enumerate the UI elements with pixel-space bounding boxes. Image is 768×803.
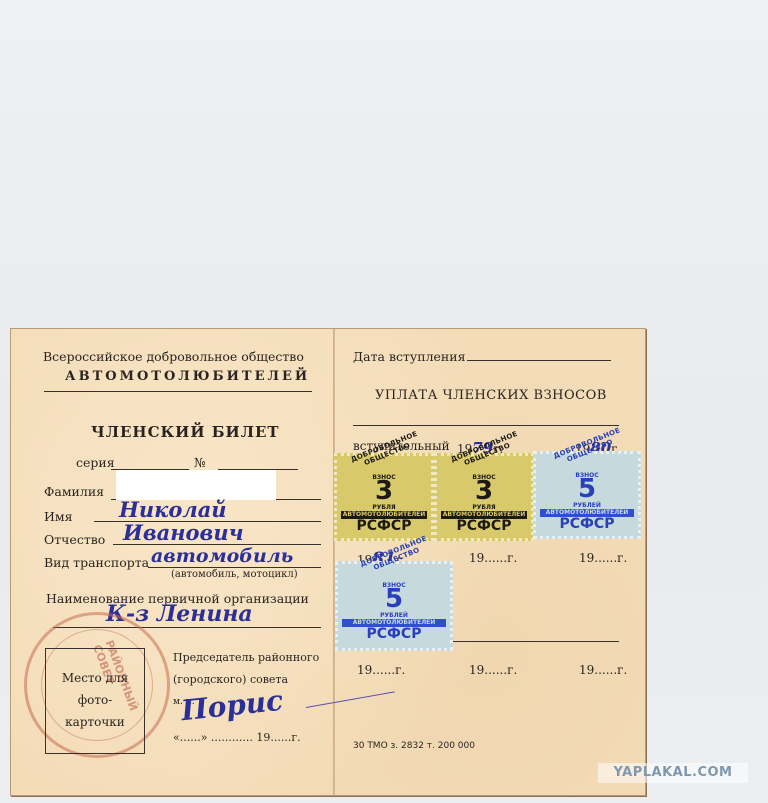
name-value: Николай [119,497,227,522]
sign-date: «......» ............ 19......г. [173,731,301,744]
card-title: ЧЛЕНСКИЙ БИЛЕТ [91,423,280,441]
redacted-surname [116,470,276,500]
stamp-amount: 3 [437,478,531,504]
watermark: YAPLAKAL.COM [598,763,748,783]
stamp-currency: РУБЛЕЙ [536,502,638,509]
stamp-region: РСФСР [536,516,638,532]
stamp-region: РСФСР [437,518,531,534]
stamp-amount: 5 [536,476,638,502]
stamp-currency: РУБЛЕЙ [338,612,450,619]
photo-text-line1: Место для [46,671,144,685]
year-blank: 19......г. [579,551,627,565]
transport-hint: (автомобиль, мотоцикл) [171,569,298,580]
year-blank: 19......г. [469,663,517,677]
dues-stamp-5-rub: ДОБРОВОЛЬНОЕ ОБЩЕСТВО ВЗНОС 5 РУБЛЕЙ АВТ… [533,451,641,539]
photo-placeholder: Место для фото- карточки [45,648,145,754]
org-line1: Всероссийское добровольное общество [43,349,304,364]
dues-stamp-5-rub: ДОБРОВОЛЬНОЕ ОБЩЕСТВО ВЗНОС 5 РУБЛЕЙ АВТ… [335,561,453,651]
header-rule [44,391,312,392]
stamp-currency: РУБЛЯ [437,504,531,511]
stamp-region: РСФСР [338,626,450,642]
patronymic-value: Иванович [123,520,244,545]
stamp-currency: РУБЛЯ [337,504,431,511]
stamp-region: РСФСР [337,518,431,534]
transport-value: автомобиль [151,545,293,567]
dues-stamp-3-rub: ДОБРОВОЛЬНОЕ ОБЩЕСТВО ВЗНОС 3 РУБЛЯ АВТО… [434,453,534,541]
name-label: Имя [44,509,73,524]
number-label: № [194,455,206,470]
dues-stamp-3-rub: ДОБРОВОЛЬНОЕ ОБЩЕСТВО ВЗНОС 3 РУБЛЯ АВТО… [334,453,434,541]
year-blank: 19......г. [357,663,405,677]
stamp-amount: 3 [337,478,431,504]
photo-text-line3: карточки [46,715,144,729]
chairman-line1: Председатель районного [173,651,319,664]
dues-title: УПЛАТА ЧЛЕНСКИХ ВЗНОСОВ [375,388,607,403]
org-line2: АВТОМОТОЛЮБИТЕЛЕЙ [65,369,310,384]
chairman-signature: Порис [180,684,285,727]
series-label: серия [76,455,115,470]
photo-text-line2: фото- [46,693,144,707]
transport-label: Вид транспорта [44,555,149,570]
patronymic-label: Отчество [44,532,105,547]
join-date-field [467,360,611,361]
year-blank: 19......г. [579,663,627,677]
year-blank: 19......г. [469,551,517,565]
dues-rule [353,425,619,426]
printer-info: 30 ТМО з. 2832 т. 200 000 [353,741,475,751]
transport-field-line [148,567,321,568]
stamp-amount: 5 [338,586,450,612]
surname-label: Фамилия [44,484,104,499]
join-date-label: Дата вступления [353,349,465,364]
